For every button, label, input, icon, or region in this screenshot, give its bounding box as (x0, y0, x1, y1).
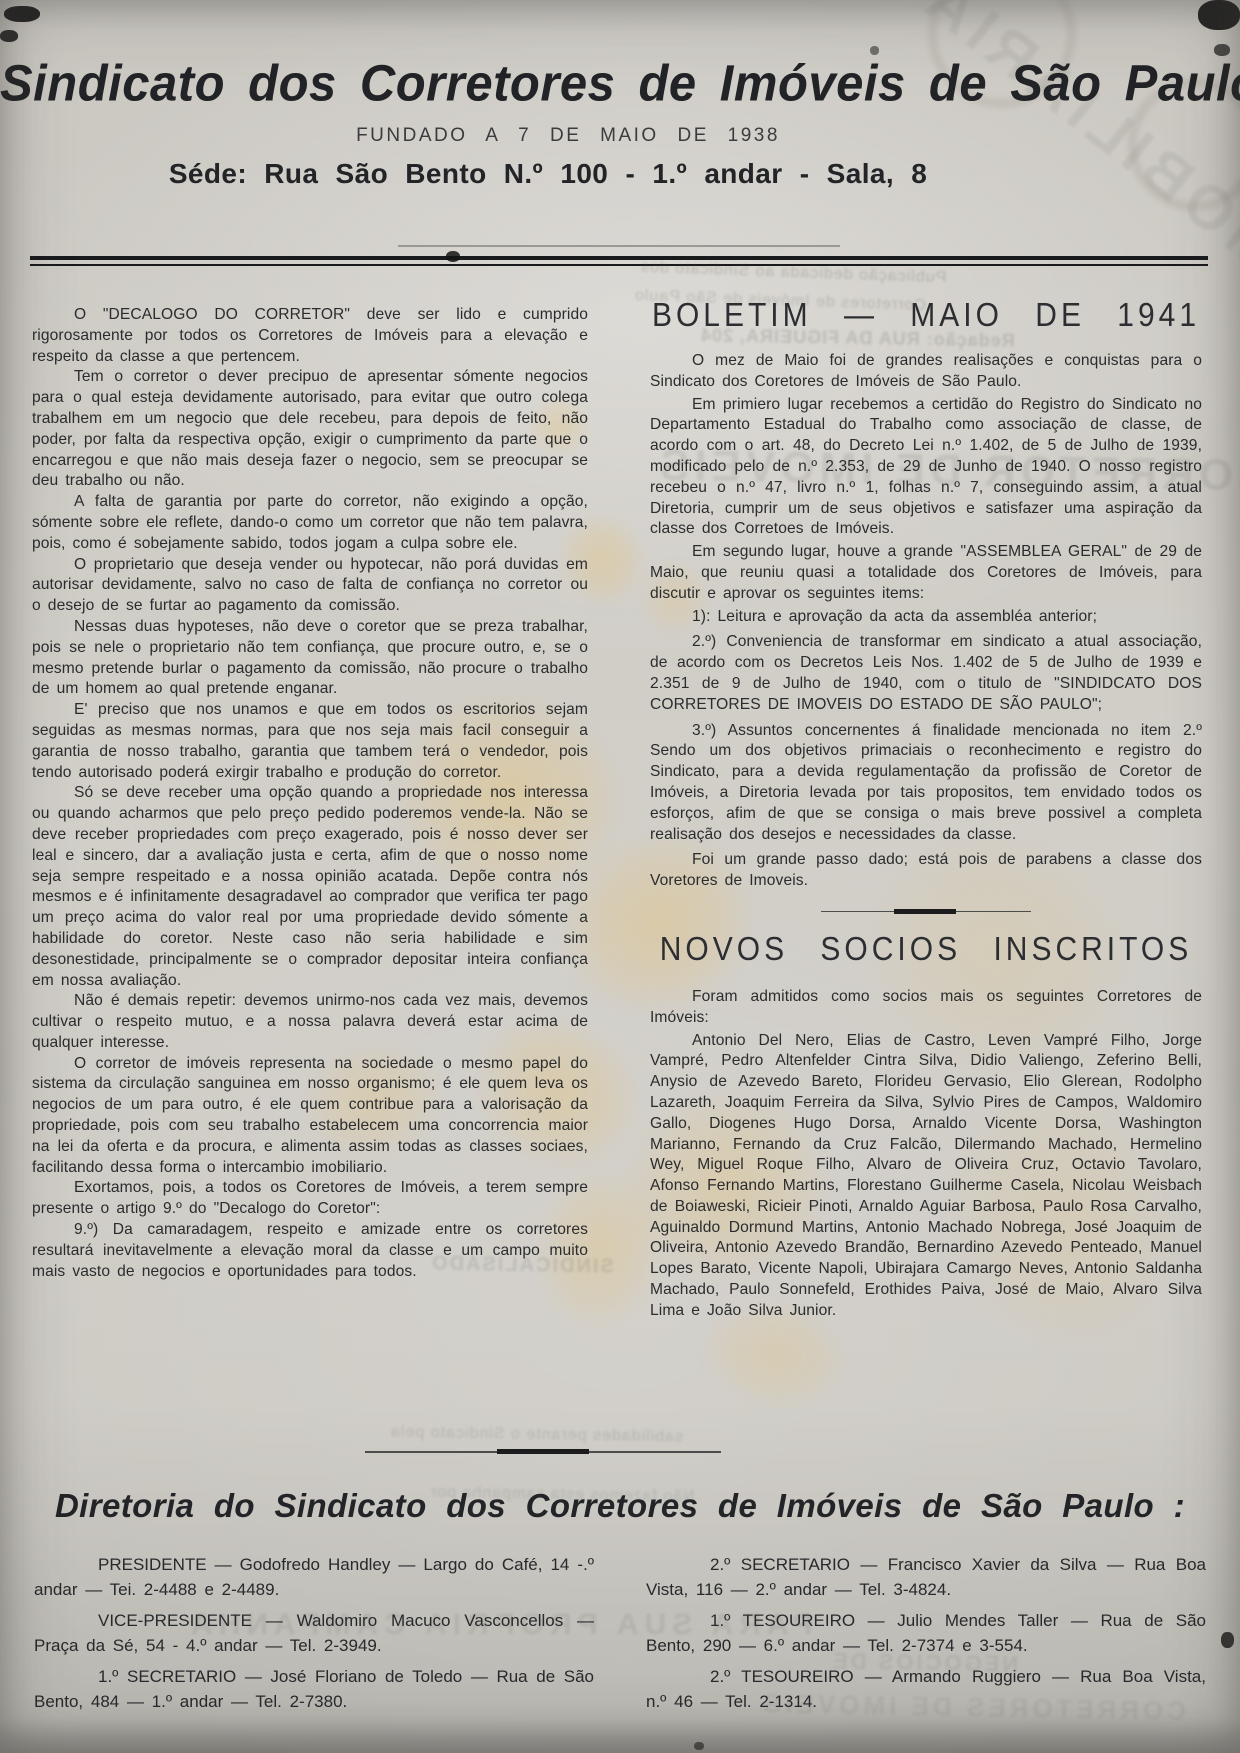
article-paragraph: Exortamos, pois, a todos os Coretores de… (32, 1178, 588, 1220)
address-line: Séde: Rua São Bento N.º 100 - 1.º andar … (0, 158, 1168, 190)
board-entry: 1.º TESOUREIRO — Julio Mendes Taller — R… (646, 1608, 1206, 1658)
bulletin-paragraphs: O mez de Maio foi de grandes realisações… (650, 351, 1202, 605)
new-members-intro: Foram admitidos como socios mais os segu… (650, 987, 1202, 1029)
agenda-item: 2.º) Conveniencia de transformar em sind… (650, 632, 1202, 715)
scanned-bulletin-page: Publicação dedicada ao Sindicato dosCorr… (0, 0, 1240, 1753)
board-columns: PRESIDENTE — Godofredo Handley — Largo d… (0, 1552, 1240, 1720)
board-column-right: 2.º SECRETARIO — Francisco Xavier da Sil… (646, 1552, 1206, 1720)
article-paragraph: Tem o corretor o dever precipuo de apres… (32, 367, 588, 492)
article-paragraph: Não é demais repetir: devemos unirmo-nos… (32, 991, 588, 1053)
article-paragraph: A falta de garantia por parte do correto… (32, 492, 588, 554)
left-column: O "DECALOGO DO CORRETOR" deve ser lido e… (32, 305, 588, 1282)
article-paragraph: O proprietario que deseja vender ou hypo… (32, 555, 588, 617)
bleed-through-text: sabilidades perante o Sindicato pela (390, 1423, 683, 1446)
board-entry: 1.º SECRETARIO — José Floriano de Toledo… (34, 1664, 594, 1714)
bulletin-heading: BOLETIM — MAIO DE 1941 (650, 297, 1202, 334)
board-entry: 2.º TESOUREIRO — Armando Ruggiero — Rua … (646, 1664, 1206, 1714)
board-heading: Diretoria do Sindicato dos Corretores de… (0, 1487, 1240, 1525)
board-entry: VICE-PRESIDENTE — Waldomiro Macuco Vasco… (34, 1608, 594, 1658)
article-paragraph: Só se deve receber uma opção quando a pr… (32, 783, 588, 991)
section-divider (821, 908, 1031, 915)
page-title: Sindicato dos Corretores de Imóveis de S… (0, 55, 1240, 113)
footer-divider (365, 1448, 721, 1455)
founded-line: FUNDADO A 7 DE MAIO DE 1938 (0, 125, 1188, 147)
board-entry: 2.º SECRETARIO — Francisco Xavier da Sil… (646, 1552, 1206, 1602)
board-entry: PRESIDENTE — Godofredo Handley — Largo d… (34, 1552, 594, 1602)
new-members-names: Antonio Del Nero, Elias de Castro, Leven… (650, 1031, 1202, 1322)
ink-speck (446, 251, 460, 262)
article-paragraph: Nessas duas hypoteses, não deve o coreto… (32, 617, 588, 700)
new-members-heading: NOVOS SOCIOS INSCRITOS (650, 931, 1202, 968)
bleed-through-text: Publicação dedicada ao Sindicato dos (640, 259, 947, 288)
board-section: Diretoria do Sindicato dos Corretores de… (0, 1487, 1240, 1720)
bulletin-paragraph: O mez de Maio foi de grandes realisações… (650, 351, 1202, 393)
ink-speck (694, 1742, 704, 1750)
agenda-item: 3.º) Assuntos concernentes á finalidade … (650, 721, 1202, 846)
article-paragraph: E' preciso que nos unamos e que em todos… (32, 700, 588, 783)
right-column: BOLETIM — MAIO DE 1941 O mez de Maio foi… (650, 299, 1202, 1324)
divider-bar (894, 909, 956, 914)
masthead: Sindicato dos Corretores de Imóveis de S… (0, 0, 1240, 190)
bulletin-closing: Foi um grande passo dado; está pois de p… (650, 850, 1202, 892)
article-paragraph: O corretor de imóveis representa na soci… (32, 1054, 588, 1179)
article-paragraph: 9.º) Da camaradagem, respeito e amizade … (32, 1220, 588, 1282)
bulletin-paragraph: Em primiero lugar recebemos a certidão d… (650, 395, 1202, 541)
bulletin-agenda-items: 1): Leitura e aprovação da acta da assem… (650, 607, 1202, 846)
bulletin-paragraph: Em segundo lugar, houve a grande "ASSEMB… (650, 542, 1202, 604)
divider-bar (497, 1449, 589, 1454)
board-column-left: PRESIDENTE — Godofredo Handley — Largo d… (34, 1552, 594, 1720)
article-paragraph: O "DECALOGO DO CORRETOR" deve ser lido e… (32, 305, 588, 367)
agenda-item: 1): Leitura e aprovação da acta da assem… (650, 607, 1202, 628)
